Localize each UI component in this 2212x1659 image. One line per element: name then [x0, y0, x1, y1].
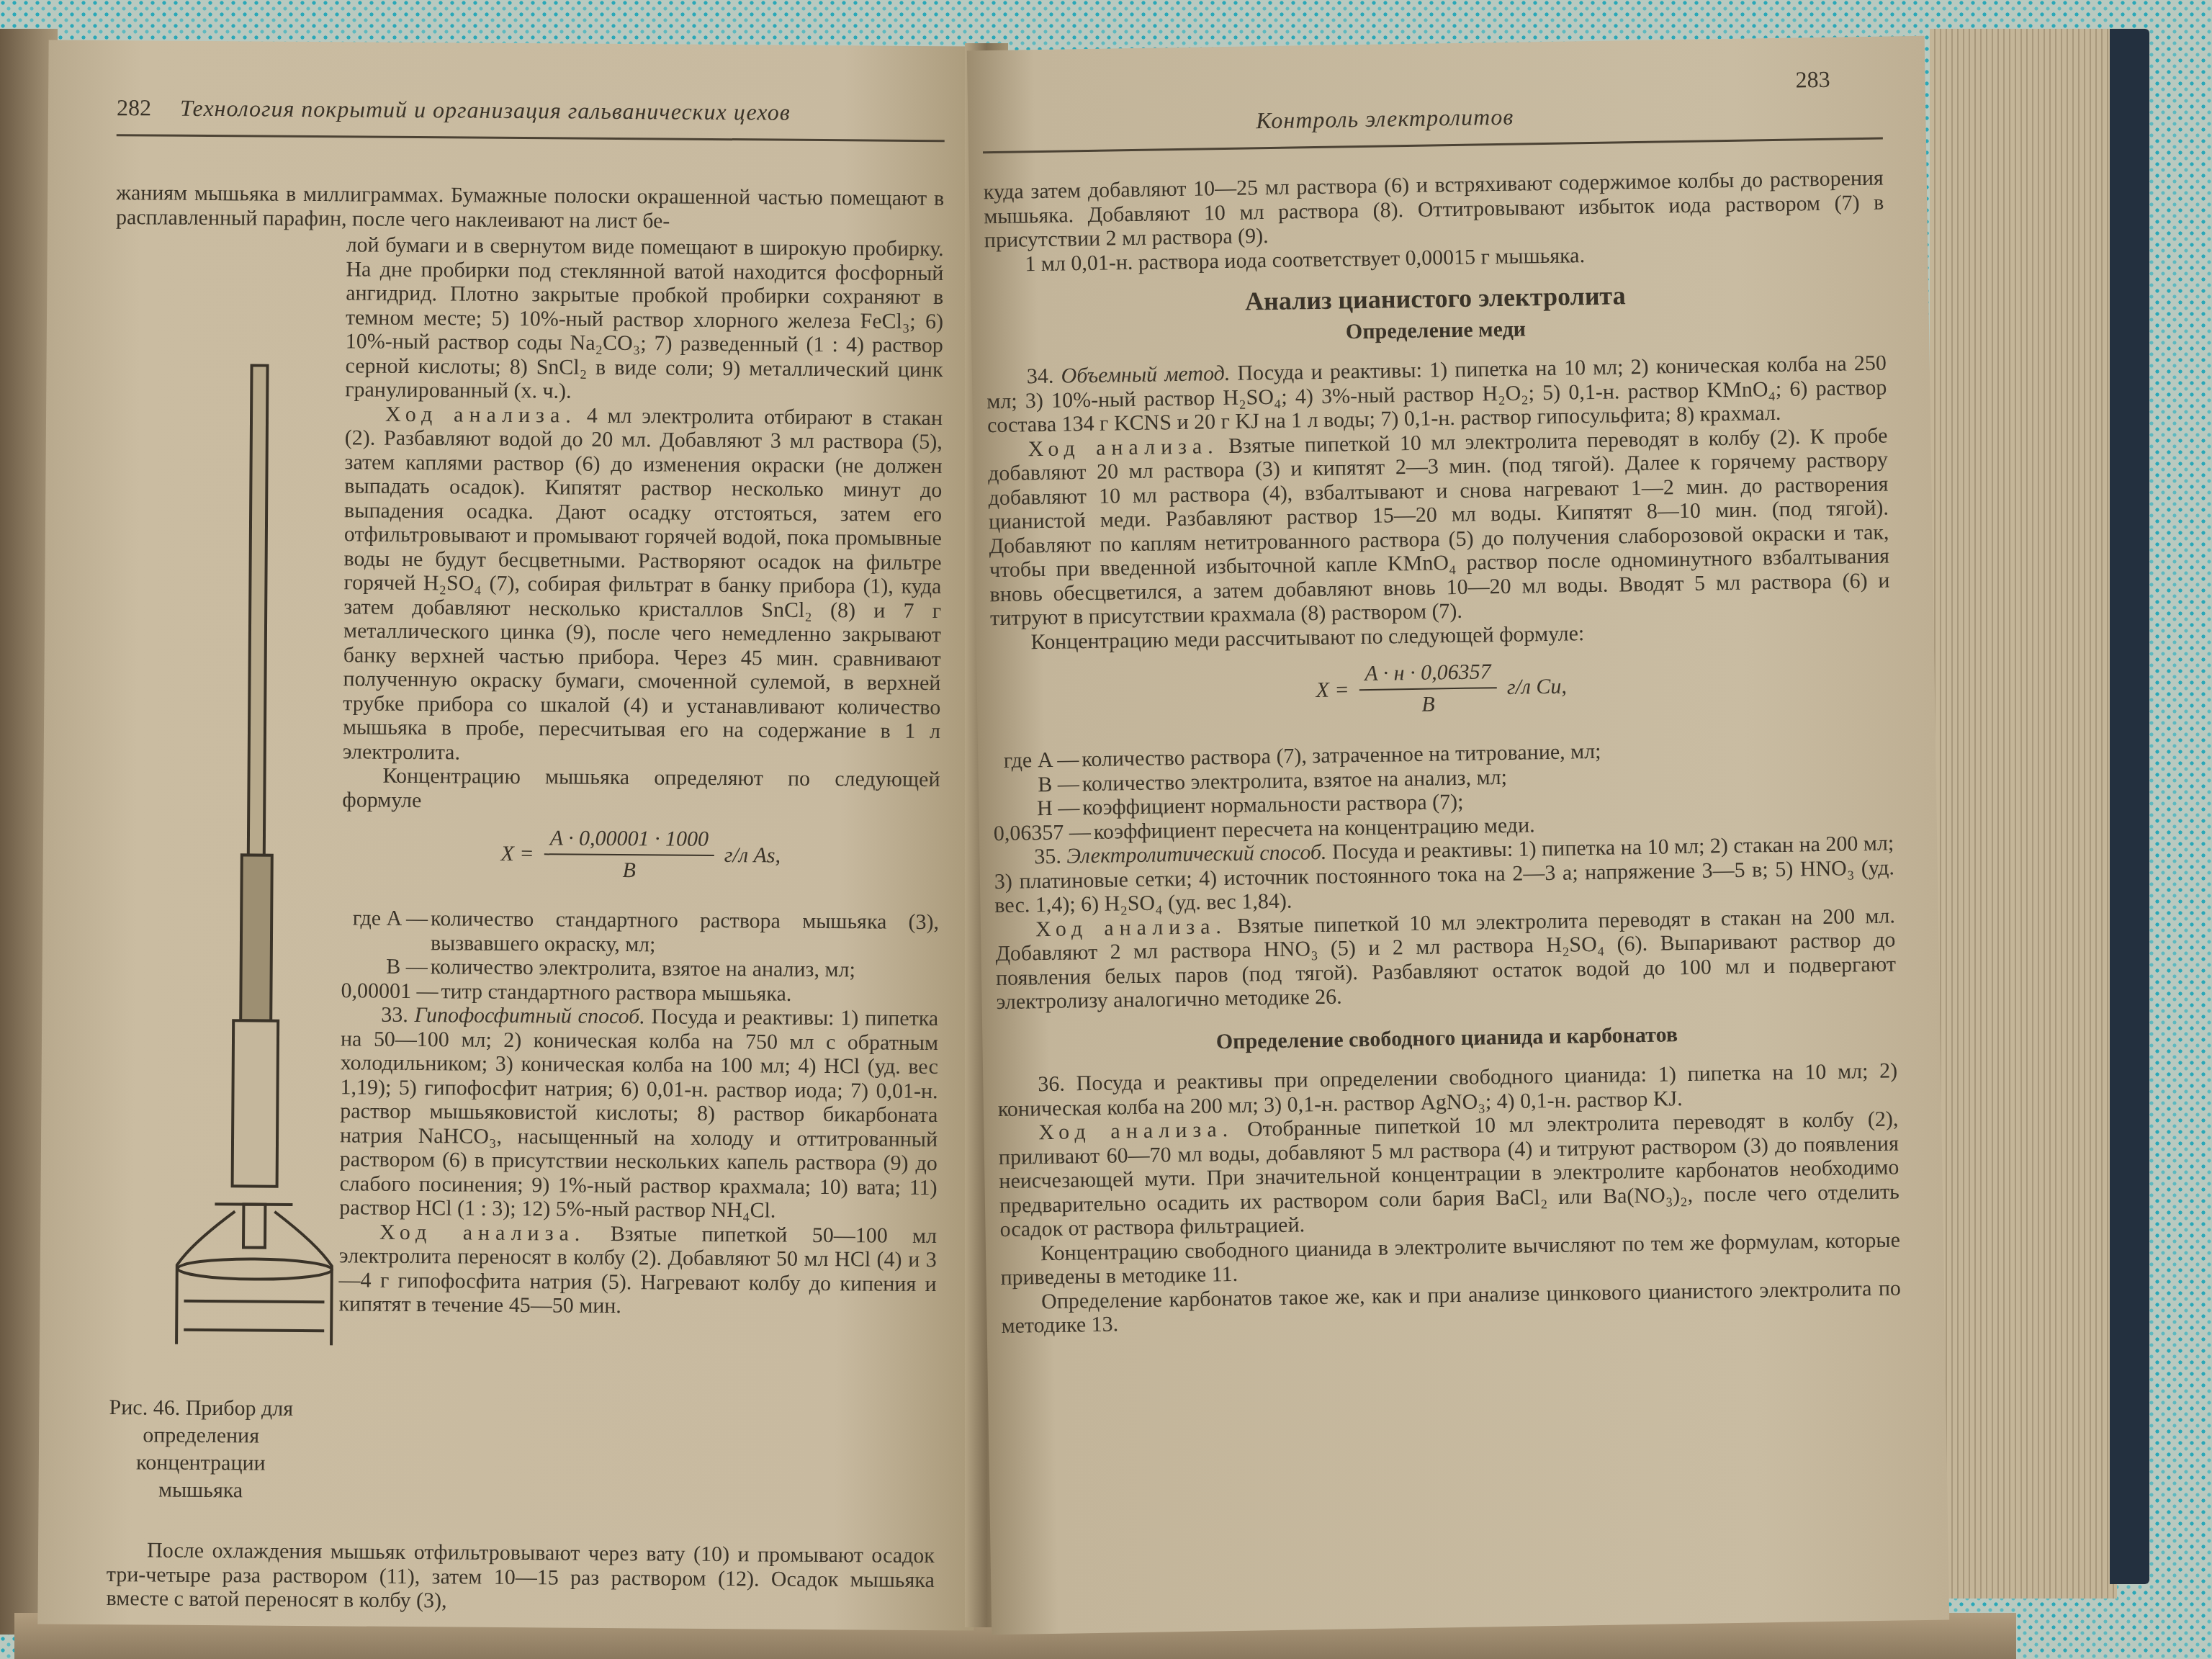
page-number: 283 — [1795, 66, 1830, 94]
formula-denominator: B — [1421, 689, 1435, 716]
legend-row: где A —количество стандартного раствора … — [341, 906, 939, 958]
formula-unit: г/л Cu, — [1507, 674, 1568, 699]
formula-intro: Концентрацию мышьяка определяют по следу… — [342, 763, 940, 816]
section-33-continuation: После охлаждения мышьяк отфильтровывают … — [106, 1538, 935, 1617]
method-title: Гипофосфитный способ. — [415, 1003, 645, 1028]
reagents-continued: лой бумаги и в свернутом виде помещают в… — [338, 233, 943, 1320]
section-33-procedure: Ход анализа. Взятые пипеткой 50—100 мл э… — [338, 1220, 937, 1321]
section-33: 33. Гипофосфитный способ. Посуда и реакт… — [339, 1002, 938, 1223]
formula-denominator: B — [622, 855, 636, 883]
right-running-head: Контроль электролитов — [1256, 104, 1514, 135]
page-number: 282 — [117, 94, 151, 121]
intro-text: жаниям мышьяка в миллиграммах. Бумажные … — [116, 181, 944, 235]
reagents-paragraph: лой бумаги и в свернутом виде помещают в… — [345, 233, 944, 405]
right-page: Контроль электролитов 283 куда затем доб… — [967, 36, 1949, 1635]
continuation-paragraph: куда затем добавляют 10—25 мл раствора (… — [984, 166, 1884, 253]
page-block-edges — [1930, 29, 2117, 1599]
figure-caption: Рис. 46. Прибор для определения концентр… — [107, 1394, 295, 1505]
header-rule — [983, 138, 1883, 154]
right-page-body: куда затем добавляют 10—25 мл раствора (… — [984, 166, 1902, 1339]
copper-formula: X = A · н · 0,06357 B г/л Cu, — [991, 654, 1892, 724]
formula-numerator: A · 0,00001 · 1000 — [544, 826, 715, 855]
book-back-cover — [2110, 29, 2149, 1584]
arsenic-apparatus-illustration-icon — [162, 351, 356, 1346]
arsenic-formula: X = A · 0,00001 · 1000 B г/л As, — [342, 824, 940, 884]
subheading-copper: Определение меди — [986, 311, 1886, 349]
section-36-procedure: Ход анализа. Отобранные пипеткой 10 мл э… — [998, 1107, 1899, 1241]
section-heading: Анализ цианистого электролита — [985, 280, 1885, 318]
left-running-head: 282 Технология покрытий и организация га… — [117, 94, 791, 126]
right-page-number-wrap: 283 — [1795, 66, 1830, 94]
subheading-cyanide: Определение свободного цианида и карбона… — [997, 1019, 1897, 1057]
procedure-paragraph: Ход анализа. 4 мл электролита отбирают в… — [343, 402, 943, 768]
intro-paragraph: жаниям мышьяка в миллиграммах. Бумажные … — [116, 181, 944, 235]
formula-numerator: A · н · 0,06357 — [1359, 660, 1497, 690]
section-35-procedure: Ход анализа. Взятые пипеткой 10 мл элект… — [995, 904, 1897, 1015]
section-34-procedure: Ход анализа. Взятые пипеткой 10 мл элект… — [987, 423, 1890, 631]
section-34: 34. Объемный метод. Посуда и реактивы: 1… — [986, 351, 1887, 438]
running-head-title: Технология покрытий и организация гальва… — [180, 95, 791, 126]
header-rule — [117, 134, 945, 142]
formula-unit: г/л As, — [724, 843, 781, 868]
section-35: 35. Электролитический способ. Посуда и р… — [994, 831, 1894, 917]
running-head-title: Контроль электролитов — [1256, 104, 1514, 135]
procedure-label: Ход анализа. — [385, 402, 577, 427]
left-page: 282 Технология покрытий и организация га… — [37, 40, 984, 1630]
